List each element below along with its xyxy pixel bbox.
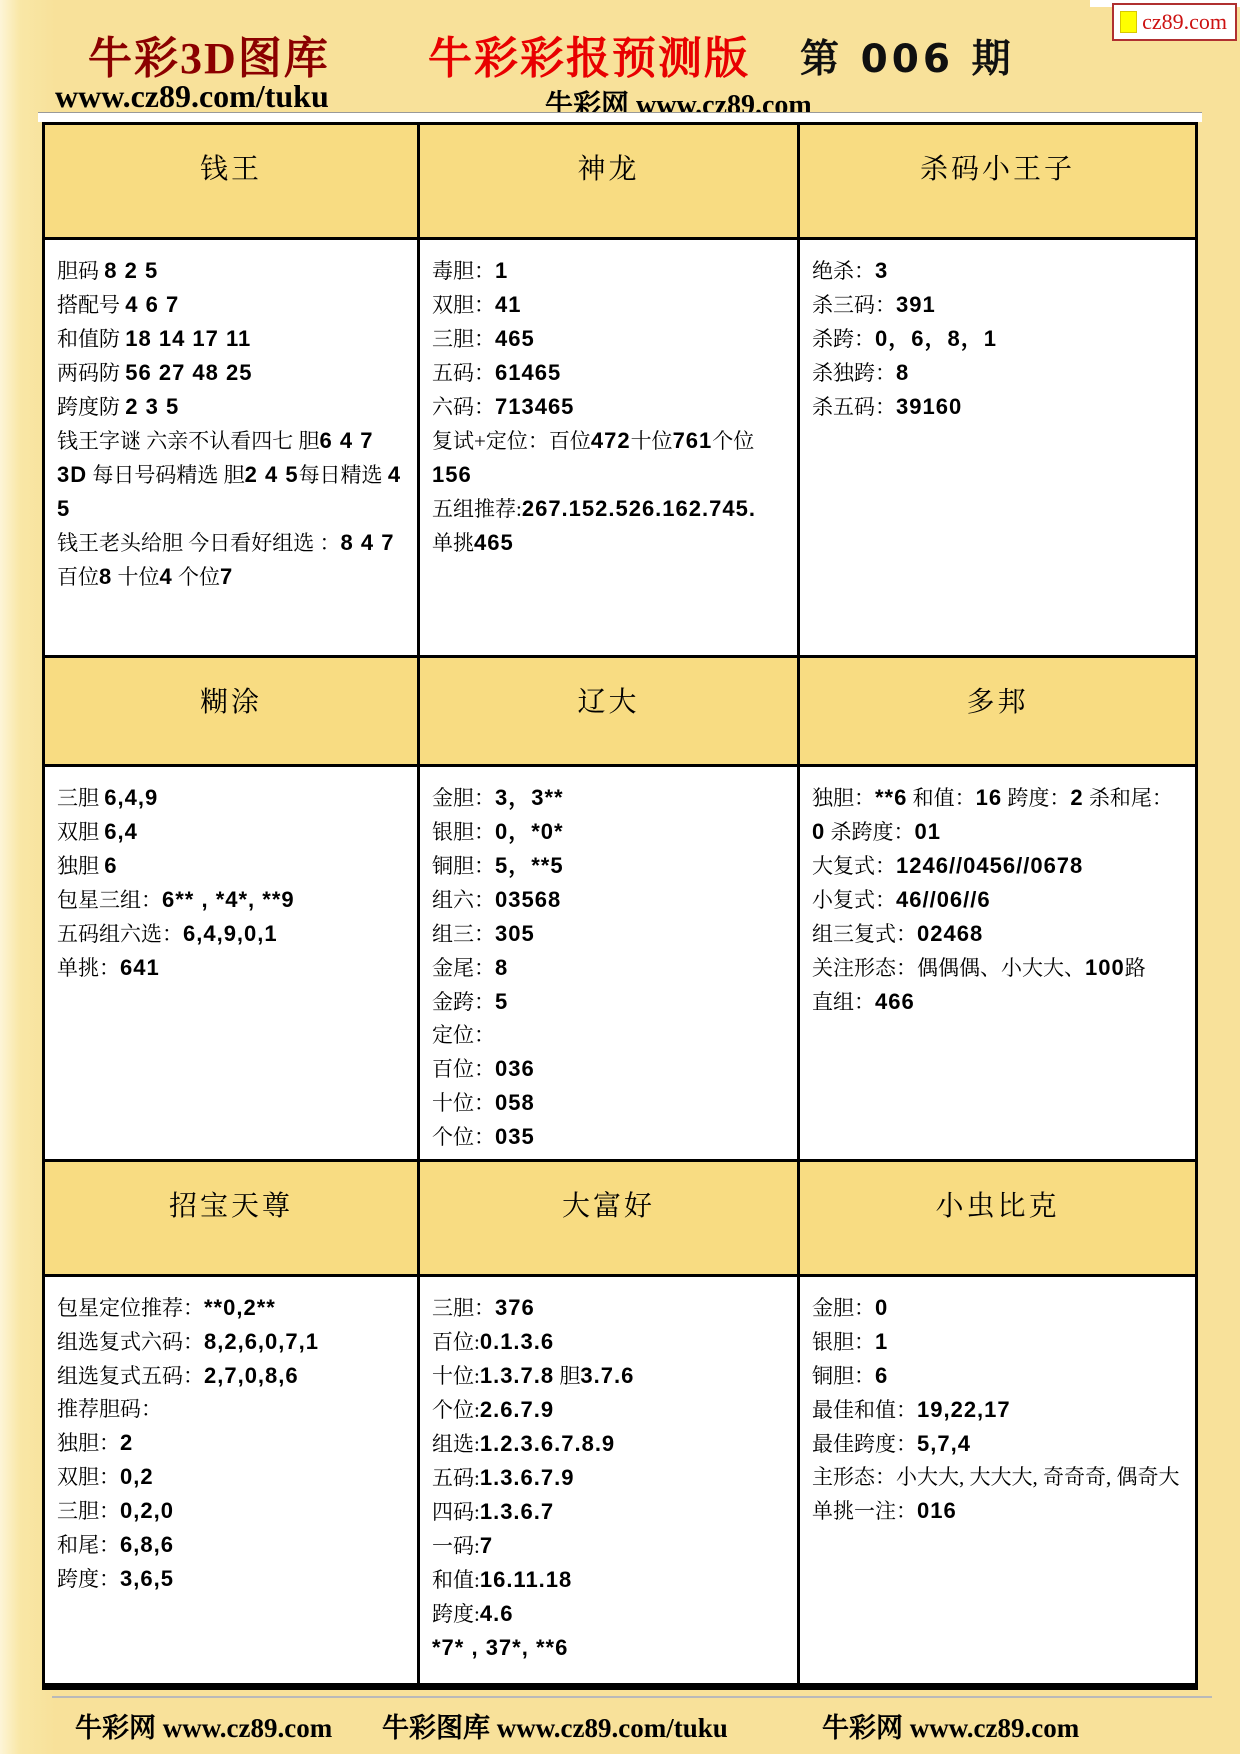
prediction-label: 胆 bbox=[554, 1364, 580, 1388]
prediction-line: 两码防 56 27 48 25 bbox=[57, 356, 405, 390]
prediction-line: 小复式：46//06//6 bbox=[812, 883, 1183, 917]
prediction-label: 小复式： bbox=[812, 888, 896, 912]
prediction-line: 三胆：0,2,0 bbox=[57, 1494, 405, 1528]
panel-body-shen-long: 毒胆：1双胆：41三胆：465五码：61465六码：713465复试+定位：百位… bbox=[420, 240, 797, 655]
prediction-label: 独胆： bbox=[812, 786, 875, 810]
prediction-value: 6 bbox=[875, 1363, 888, 1388]
prediction-line: 六码：713465 bbox=[432, 390, 785, 424]
prediction-value: 2 4 5 bbox=[245, 462, 299, 487]
prediction-label: 包星三组： bbox=[57, 888, 162, 912]
prediction-label: 直组： bbox=[812, 990, 875, 1014]
brand-title: 牛彩3D图库 bbox=[88, 22, 330, 86]
prediction-value: 016 bbox=[917, 1498, 957, 1523]
footer: 牛彩网 www.cz89.com 牛彩图库 www.cz89.com/tuku … bbox=[0, 1706, 1240, 1748]
prediction-label: 三胆： bbox=[432, 1296, 495, 1320]
prediction-value: 058 bbox=[495, 1090, 535, 1115]
prediction-value: 8 4 7 bbox=[341, 530, 395, 555]
prediction-line: 铜胆：5，**5 bbox=[432, 849, 785, 883]
prediction-value: 036 bbox=[495, 1056, 535, 1081]
prediction-label: 金跨： bbox=[432, 990, 495, 1014]
prediction-line: 一码:7 bbox=[432, 1529, 785, 1563]
prediction-value: 641 bbox=[120, 955, 160, 980]
prediction-label: 跨度防 bbox=[57, 395, 125, 419]
prediction-label: 复试+定位：百位 bbox=[432, 429, 591, 453]
prediction-label: 独胆： bbox=[57, 1431, 120, 1455]
prediction-value: 472 bbox=[591, 428, 631, 453]
prediction-value: 2 bbox=[120, 1430, 133, 1455]
prediction-value: **6 bbox=[875, 785, 907, 810]
prediction-value: 5 bbox=[495, 989, 508, 1014]
badge-square-icon bbox=[1120, 11, 1137, 33]
prediction-label: 金胆： bbox=[812, 1296, 875, 1320]
prediction-label: 绝杀： bbox=[812, 259, 875, 283]
prediction-value: 19,22,17 bbox=[917, 1397, 1011, 1422]
site-badge: cz89.com bbox=[1112, 3, 1237, 41]
prediction-value: 6 4 7 bbox=[320, 428, 374, 453]
prediction-value: 305 bbox=[495, 1158, 535, 1159]
prediction-label: 组选复式六码： bbox=[57, 1330, 204, 1354]
prediction-label: 六码： bbox=[432, 395, 495, 419]
prediction-value: 5，**5 bbox=[495, 853, 564, 878]
prediction-label: 四码: bbox=[432, 1500, 480, 1524]
prediction-label: 五组推荐: bbox=[432, 497, 522, 521]
prediction-label: 银胆： bbox=[432, 820, 495, 844]
prediction-line: 钱王字谜 六亲不认看四七 胆6 4 7 bbox=[57, 424, 405, 458]
panel-header-duo-bang: 多邦 bbox=[800, 658, 1195, 764]
prediction-line: 单挑：641 bbox=[57, 951, 405, 985]
panel-header-shen-long: 神龙 bbox=[420, 125, 797, 237]
panel-header-xiao-chong-bi-ke: 小虫比克 bbox=[800, 1162, 1195, 1274]
prediction-value: 5,7,4 bbox=[917, 1431, 971, 1456]
prediction-value: 8 2 5 bbox=[104, 258, 158, 283]
prediction-label: 组三： bbox=[432, 922, 495, 946]
prediction-label: 五码: bbox=[432, 1466, 480, 1490]
prediction-line: 银胆：0，*0* bbox=[432, 815, 785, 849]
prediction-line: 金尾：8 bbox=[432, 951, 785, 985]
prediction-label: 关注形态：偶偶偶、小大大、 bbox=[812, 956, 1085, 980]
prediction-value: 1 bbox=[495, 258, 508, 283]
prediction-label: 大复式： bbox=[812, 854, 896, 878]
prediction-label: 百位 bbox=[57, 565, 99, 589]
panel-body-sha-ma-xiao-wang-zi: 绝杀：3杀三码：391杀跨：0，6，8，1杀独跨：8杀五码：39160 bbox=[800, 240, 1195, 655]
prediction-label: 五码： bbox=[432, 361, 495, 385]
prediction-label: 十位 bbox=[112, 565, 159, 589]
prediction-line: 组选:1.2.3.6.7.8.9 bbox=[432, 1427, 785, 1461]
tuku-url-text: www.cz89.com/tuku bbox=[55, 78, 329, 115]
prediction-line: 组三：305 bbox=[432, 917, 785, 951]
prediction-line: 跨度：3,6,5 bbox=[57, 1562, 405, 1596]
prediction-line: 三胆：376 bbox=[432, 1291, 785, 1325]
prediction-label: 钱王字谜 六亲不认看四七 胆 bbox=[57, 429, 320, 453]
prediction-line: 杀独跨：8 bbox=[812, 356, 1183, 390]
prediction-value: 41 bbox=[495, 292, 521, 317]
prediction-value: 2.6.7.9 bbox=[480, 1397, 554, 1422]
prediction-label: 一码: bbox=[432, 1534, 480, 1558]
prediction-label: 双胆 bbox=[57, 820, 104, 844]
prediction-value: 6,8,6 bbox=[120, 1532, 174, 1557]
prediction-value: 0 bbox=[875, 1295, 888, 1320]
prediction-value: 6** , *4*, **9 bbox=[162, 887, 295, 912]
prediction-label: 百位: bbox=[432, 1330, 480, 1354]
prediction-label: 组六： bbox=[432, 888, 495, 912]
prediction-label: 组三复式： bbox=[812, 922, 917, 946]
prediction-value: 8 bbox=[99, 564, 112, 589]
prediction-line: 银胆：1 bbox=[812, 1325, 1183, 1359]
prediction-value: 39160 bbox=[896, 394, 962, 419]
prediction-value: 0，6，8，1 bbox=[875, 326, 997, 351]
prediction-line: 独胆：2 bbox=[57, 1426, 405, 1460]
prediction-value: 16 bbox=[976, 785, 1002, 810]
prediction-line: 组六：03568 bbox=[432, 883, 785, 917]
prediction-line: 和值防 18 14 17 11 bbox=[57, 322, 405, 356]
footer-site-left: 牛彩网 www.cz89.com bbox=[75, 1706, 332, 1745]
table-shadow-line bbox=[52, 1696, 1212, 1698]
prediction-value: 16.11.18 bbox=[480, 1567, 572, 1592]
prediction-line: 复试+定位：百位472十位761个位156 bbox=[432, 424, 785, 492]
prediction-label: 三胆 bbox=[57, 786, 104, 810]
prediction-value: 1246//0456//0678 bbox=[896, 853, 1083, 878]
prediction-line: 四码:1.3.6.7 bbox=[432, 1495, 785, 1529]
prediction-value: 100 bbox=[1085, 955, 1125, 980]
prediction-label: 和值: bbox=[432, 1568, 480, 1592]
prediction-label: 十位: bbox=[432, 1364, 480, 1388]
prediction-value: 4.6 bbox=[480, 1601, 514, 1626]
prediction-value: 465 bbox=[474, 530, 514, 555]
prediction-line: 百位：036 bbox=[432, 1052, 785, 1086]
prediction-value: 6,4,9,0,1 bbox=[183, 921, 278, 946]
prediction-value: 0.1.3.6 bbox=[480, 1329, 554, 1354]
prediction-value: 02468 bbox=[917, 921, 983, 946]
panel-header-qian-wang: 钱王 bbox=[45, 125, 417, 237]
prediction-value: 465 bbox=[495, 326, 535, 351]
prediction-label: 最佳和值： bbox=[812, 1398, 917, 1422]
prediction-line: 包星三组：6** , *4*, **9 bbox=[57, 883, 405, 917]
prediction-value: 6 bbox=[104, 853, 117, 878]
prediction-value: 1 bbox=[875, 1329, 888, 1354]
prediction-line: 五码:1.3.6.7.9 bbox=[432, 1461, 785, 1495]
prediction-line: 跨度防 2 3 5 bbox=[57, 390, 405, 424]
prediction-label: 个位： bbox=[432, 1125, 495, 1149]
prediction-value: 8 bbox=[495, 955, 508, 980]
prediction-label: 钱王老头给胆 今日看好组选 ： bbox=[57, 531, 341, 555]
prediction-label: 铜胆： bbox=[812, 1364, 875, 1388]
prediction-label: 跨度： bbox=[57, 1567, 120, 1591]
issue-number: 第 006 期 bbox=[800, 28, 1015, 84]
prediction-label: 十位： bbox=[432, 1091, 495, 1115]
prediction-line: 最佳和值：19,22,17 bbox=[812, 1393, 1183, 1427]
prediction-value: 713465 bbox=[495, 394, 574, 419]
footer-tuku-link: 牛彩图库 www.cz89.com/tuku bbox=[382, 1706, 728, 1745]
prediction-value: 4 bbox=[160, 564, 173, 589]
prediction-label: 胆码 bbox=[57, 259, 104, 283]
prediction-line: 金胆：3，3** bbox=[432, 781, 785, 815]
prediction-line: 绝杀：3 bbox=[812, 254, 1183, 288]
prediction-label: 双胆： bbox=[432, 293, 495, 317]
prediction-label: 定位： bbox=[432, 1023, 495, 1047]
prediction-label: 十位 bbox=[631, 429, 673, 453]
prediction-value: 1.3.6.7.9 bbox=[480, 1465, 575, 1490]
prediction-value: 3,6,5 bbox=[120, 1566, 174, 1591]
prediction-label: 跨度： bbox=[1002, 786, 1070, 810]
prediction-line: 和尾：6,8,6 bbox=[57, 1528, 405, 1562]
prediction-label: 个位: bbox=[432, 1398, 480, 1422]
prediction-line: 定位： bbox=[432, 1019, 785, 1052]
prediction-label: 三胆： bbox=[57, 1499, 120, 1523]
panel-body-liao-da: 金胆：3，3**银胆：0，*0*铜胆：5，**5组六：03568组三：305金尾… bbox=[420, 767, 797, 1159]
prediction-line: 独胆 6 bbox=[57, 849, 405, 883]
prediction-line: 五码：61465 bbox=[432, 356, 785, 390]
prediction-line: 最佳跨度：5,7,4 bbox=[812, 1427, 1183, 1461]
prediction-line: 三胆：465 bbox=[432, 322, 785, 356]
prediction-label: 金胆： bbox=[432, 786, 495, 810]
prediction-value: 761 bbox=[673, 428, 713, 453]
prediction-label: 双胆： bbox=[57, 1465, 120, 1489]
prediction-line: 关注形态：偶偶偶、小大大、100路 bbox=[812, 951, 1183, 985]
prediction-line: 个位:2.6.7.9 bbox=[432, 1393, 785, 1427]
prediction-line: 杀跨：0，6，8，1 bbox=[812, 322, 1183, 356]
prediction-line: 一直：305 bbox=[432, 1154, 785, 1159]
prediction-line: 3D 每日号码精选 胆2 4 5每日精选 4 5 bbox=[57, 458, 405, 526]
prediction-value: 3 bbox=[875, 258, 888, 283]
prediction-label: 组选: bbox=[432, 1432, 480, 1456]
prediction-line: 五组推荐:267.152.526.162.745. bbox=[432, 492, 785, 526]
prediction-line: 铜胆：6 bbox=[812, 1359, 1183, 1393]
prediction-label: 组选复式五码： bbox=[57, 1364, 204, 1388]
badge-text: cz89.com bbox=[1142, 9, 1227, 35]
prediction-value: 1.2.3.6.7.8.9 bbox=[480, 1431, 615, 1456]
prediction-label: 最佳跨度： bbox=[812, 1432, 917, 1456]
prediction-label: 两码防 bbox=[57, 361, 125, 385]
panel-body-hu-tu: 三胆 6,4,9双胆 6,4独胆 6包星三组：6** , *4*, **9五码组… bbox=[45, 767, 417, 1159]
prediction-line: 杀五码：39160 bbox=[812, 390, 1183, 424]
prediction-value: 0,2,0 bbox=[120, 1498, 174, 1523]
prediction-label: 和值防 bbox=[57, 327, 125, 351]
panel-header-da-fu-hao: 大富好 bbox=[420, 1162, 797, 1274]
prediction-line: 胆码 8 2 5 bbox=[57, 254, 405, 288]
prediction-label: 主形态：小大大, 大大大, 奇奇奇, 偶奇大 bbox=[812, 1465, 1180, 1489]
prediction-label: 杀三码： bbox=[812, 293, 896, 317]
table-top-strip bbox=[38, 112, 1202, 122]
footer-site-right: 牛彩网 www.cz89.com bbox=[822, 1706, 1079, 1745]
prediction-value: 0,2 bbox=[120, 1464, 154, 1489]
prediction-label: 独胆 bbox=[57, 854, 104, 878]
prediction-line: 跨度:4.6 bbox=[432, 1597, 785, 1631]
prediction-label: 和尾： bbox=[57, 1533, 120, 1557]
prediction-value: **0,2** bbox=[204, 1295, 276, 1320]
panel-body-xiao-chong-bi-ke: 金胆：0银胆：1铜胆：6最佳和值：19,22,17最佳跨度：5,7,4主形态：小… bbox=[800, 1277, 1195, 1683]
prediction-label: 和值： bbox=[907, 786, 975, 810]
prediction-line: 金胆：0 bbox=[812, 1291, 1183, 1325]
prediction-label: 包星定位推荐： bbox=[57, 1296, 204, 1320]
prediction-line: 单挑465 bbox=[432, 526, 785, 560]
prediction-label: 五码组六选： bbox=[57, 922, 183, 946]
prediction-label: 跨度: bbox=[432, 1602, 480, 1626]
prediction-line: 直组：466 bbox=[812, 985, 1183, 1019]
prediction-line: 杀三码：391 bbox=[812, 288, 1183, 322]
poster-page: cz89.com 牛彩3D图库 牛彩彩报预测版 第 006 期 www.cz89… bbox=[0, 0, 1240, 1754]
prediction-label: 单挑 bbox=[432, 531, 474, 555]
prediction-line: 和值:16.11.18 bbox=[432, 1563, 785, 1597]
prediction-line: 十位:1.3.7.8 胆3.7.6 bbox=[432, 1359, 785, 1393]
prediction-label: 杀五码： bbox=[812, 395, 896, 419]
panel-body-qian-wang: 胆码 8 2 5搭配号 4 6 7和值防 18 14 17 11两码防 56 2… bbox=[45, 240, 417, 655]
prediction-label: 银胆： bbox=[812, 1330, 875, 1354]
prediction-line: 百位:0.1.3.6 bbox=[432, 1325, 785, 1359]
prediction-line: 双胆：0,2 bbox=[57, 1460, 405, 1494]
prediction-value: 376 bbox=[495, 1295, 535, 1320]
prediction-label: 毒胆： bbox=[432, 259, 495, 283]
prediction-label: 单挑一注： bbox=[812, 1499, 917, 1523]
prediction-value: 46//06//6 bbox=[896, 887, 991, 912]
prediction-line: 组三复式：02468 bbox=[812, 917, 1183, 951]
prediction-value: 3.7.6 bbox=[580, 1363, 634, 1388]
prediction-line: 个位：035 bbox=[432, 1120, 785, 1154]
prediction-line: 组选复式六码：8,2,6,0,7,1 bbox=[57, 1325, 405, 1359]
prediction-value: 18 14 17 11 bbox=[125, 326, 251, 351]
prediction-label: 搭配号 bbox=[57, 293, 125, 317]
prediction-label: 单挑： bbox=[57, 956, 120, 980]
panel-header-sha-ma-xiao-wang-zi: 杀码小王子 bbox=[800, 125, 1195, 237]
prediction-line: 双胆：41 bbox=[432, 288, 785, 322]
prediction-line: 大复式：1246//0456//0678 bbox=[812, 849, 1183, 883]
prediction-line: *7* , 37*, **6 bbox=[432, 1631, 785, 1665]
prediction-label: 杀跨： bbox=[812, 327, 875, 351]
prediction-line: 包星定位推荐：**0,2** bbox=[57, 1291, 405, 1325]
panel-body-da-fu-hao: 三胆：376百位:0.1.3.6十位:1.3.7.8 胆3.7.6个位:2.6.… bbox=[420, 1277, 797, 1683]
prediction-value: 2,7,0,8,6 bbox=[204, 1363, 299, 1388]
prediction-line: 主形态：小大大, 大大大, 奇奇奇, 偶奇大 bbox=[812, 1461, 1183, 1494]
prediction-label: 杀独跨： bbox=[812, 361, 896, 385]
prediction-line: 独胆：**6 和值：16 跨度：2 杀和尾：0 杀跨度：01 bbox=[812, 781, 1183, 849]
prediction-value: 391 bbox=[896, 292, 936, 317]
prediction-line: 三胆 6,4,9 bbox=[57, 781, 405, 815]
panel-header-liao-da: 辽大 bbox=[420, 658, 797, 764]
prediction-value: 3，3** bbox=[495, 785, 564, 810]
prediction-label: 个位 bbox=[712, 429, 754, 453]
panel-header-hu-tu: 糊涂 bbox=[45, 658, 417, 764]
panel-header-zhao-bao-tian-zun: 招宝天尊 bbox=[45, 1162, 417, 1274]
prediction-label: 每日号码精选 胆 bbox=[87, 463, 245, 487]
prediction-label: 杀跨度： bbox=[825, 820, 914, 844]
prediction-value: 035 bbox=[495, 1124, 535, 1149]
prediction-value: 466 bbox=[875, 989, 915, 1014]
prediction-value: 3D bbox=[57, 462, 87, 487]
prediction-line: 单挑一注：016 bbox=[812, 1494, 1183, 1528]
prediction-label: 金尾： bbox=[432, 956, 495, 980]
prediction-value: 61465 bbox=[495, 360, 561, 385]
prediction-label: 个位 bbox=[173, 565, 220, 589]
prediction-label: 三胆： bbox=[432, 327, 495, 351]
prediction-line: 毒胆：1 bbox=[432, 254, 785, 288]
prediction-value: 8 bbox=[896, 360, 909, 385]
prediction-value: 6,4 bbox=[104, 819, 138, 844]
panel-body-zhao-bao-tian-zun: 包星定位推荐：**0,2**组选复式六码：8,2,6,0,7,1组选复式五码：2… bbox=[45, 1277, 417, 1683]
prediction-value: 2 bbox=[1070, 785, 1083, 810]
prediction-label: 杀和尾： bbox=[1084, 786, 1173, 810]
prediction-value: 0，*0* bbox=[495, 819, 564, 844]
prediction-value: 7 bbox=[480, 1533, 493, 1558]
prediction-line: 双胆 6,4 bbox=[57, 815, 405, 849]
prediction-line: 搭配号 4 6 7 bbox=[57, 288, 405, 322]
prediction-label: 铜胆： bbox=[432, 854, 495, 878]
prediction-line: 组选复式五码：2,7,0,8,6 bbox=[57, 1359, 405, 1393]
prediction-value: 6,4,9 bbox=[104, 785, 158, 810]
prediction-value: 1.3.7.8 bbox=[480, 1363, 554, 1388]
prediction-value: 2 3 5 bbox=[125, 394, 179, 419]
prediction-table: 钱王神龙杀码小王子胆码 8 2 5搭配号 4 6 7和值防 18 14 17 1… bbox=[42, 122, 1198, 1690]
prediction-line: 十位：058 bbox=[432, 1086, 785, 1120]
prediction-line: 金跨：5 bbox=[432, 985, 785, 1019]
prediction-label: 百位： bbox=[432, 1057, 495, 1081]
prediction-line: 五码组六选：6,4,9,0,1 bbox=[57, 917, 405, 951]
prediction-label: 路 bbox=[1125, 956, 1146, 980]
prediction-value: 03568 bbox=[495, 887, 561, 912]
prediction-value: 267.152.526.162.745. bbox=[522, 496, 756, 521]
prediction-value: 8,2,6,0,7,1 bbox=[204, 1329, 319, 1354]
prediction-line: 推荐胆码： bbox=[57, 1393, 405, 1426]
prediction-value: *7* , 37*, **6 bbox=[432, 1635, 568, 1660]
panel-body-duo-bang: 独胆：**6 和值：16 跨度：2 杀和尾：0 杀跨度：01大复式：1246//… bbox=[800, 767, 1195, 1159]
prediction-value: 1.3.6.7 bbox=[480, 1499, 554, 1524]
prediction-label: 每日精选 bbox=[299, 463, 388, 487]
prediction-value: 7 bbox=[220, 564, 233, 589]
prediction-value: 4 6 7 bbox=[125, 292, 179, 317]
prediction-value: 56 27 48 25 bbox=[125, 360, 252, 385]
prediction-value: 305 bbox=[495, 921, 535, 946]
prediction-value: 0 bbox=[812, 819, 825, 844]
prediction-line: 钱王老头给胆 今日看好组选 ：8 4 7百位8 十位4 个位7 bbox=[57, 526, 405, 594]
edition-title: 牛彩彩报预测版 bbox=[428, 22, 750, 86]
prediction-label: 推荐胆码： bbox=[57, 1397, 162, 1421]
prediction-value: 01 bbox=[915, 819, 941, 844]
prediction-value: 156 bbox=[432, 462, 472, 487]
